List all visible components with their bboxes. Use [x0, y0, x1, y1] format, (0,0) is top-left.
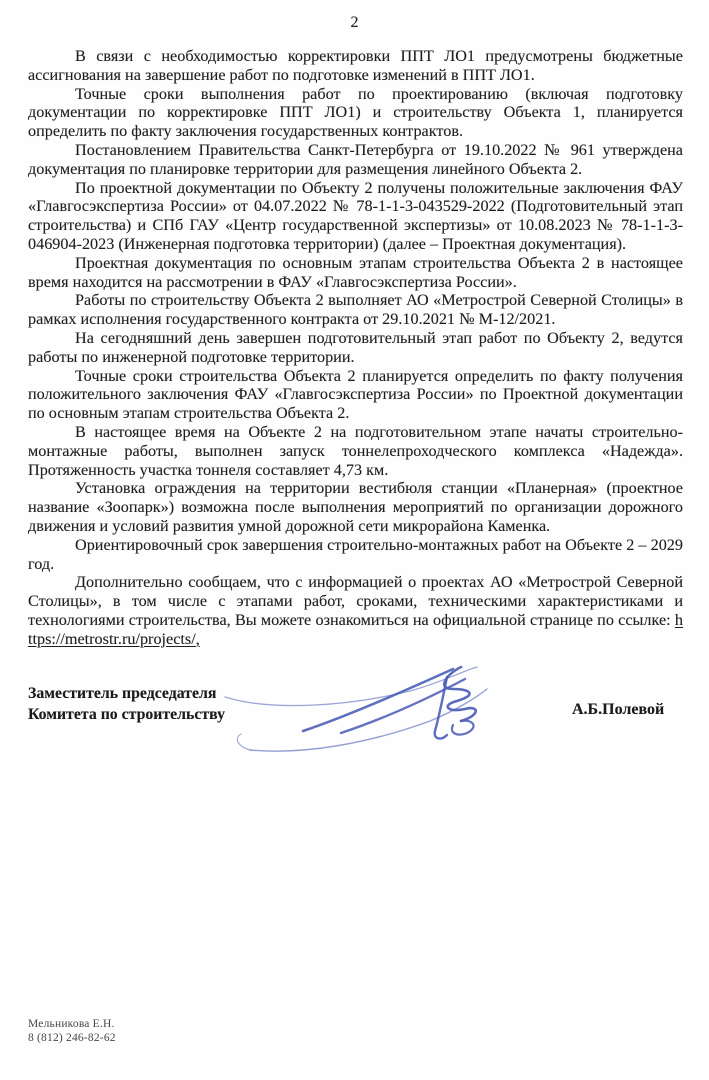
paragraph-design-deadlines: Точные сроки выполнения работ по проекти…: [28, 85, 683, 141]
page-number: 2: [0, 14, 709, 32]
executor-contact: Мельникова Е.Н. 8 (812) 246-82-62: [28, 1018, 116, 1045]
paragraph-contractor: Работы по строительству Объекта 2 выполн…: [28, 291, 683, 329]
paragraph-closing-info: Дополнительно сообщаем, что с информацие…: [28, 573, 683, 648]
paragraph-budget-appropriations: В связи с необходимостью корректировки П…: [28, 47, 683, 85]
paragraph-documentation-review: Проектная документация по основным этапа…: [28, 254, 683, 292]
document-body: В связи с необходимостью корректировки П…: [28, 47, 683, 649]
paragraph-government-decree: Постановлением Правительства Санкт-Петер…: [28, 141, 683, 179]
executor-phone: 8 (812) 246-82-62: [28, 1032, 116, 1046]
paragraph-tunnel-complex: В настоящее время на Объекте 2 на подгот…: [28, 423, 683, 479]
closing-text: Дополнительно сообщаем, что с информацие…: [28, 573, 683, 629]
handwritten-signature-icon: [195, 655, 495, 765]
paragraph-preparatory-stage-complete: На сегодняшний день завершен подготовите…: [28, 329, 683, 367]
paragraph-station-fencing: Установка ограждения на территории вести…: [28, 479, 683, 535]
paragraph-construction-deadlines: Точные сроки строительства Объекта 2 пла…: [28, 367, 683, 423]
signer-name: А.Б.Полевой: [572, 701, 664, 719]
paragraph-expertise-conclusions: По проектной документации по Объекту 2 п…: [28, 179, 683, 254]
executor-name: Мельникова Е.Н.: [28, 1018, 116, 1032]
paragraph-completion-date: Ориентировочный срок завершения строител…: [28, 536, 683, 574]
link-punctuation: ,: [196, 630, 200, 648]
